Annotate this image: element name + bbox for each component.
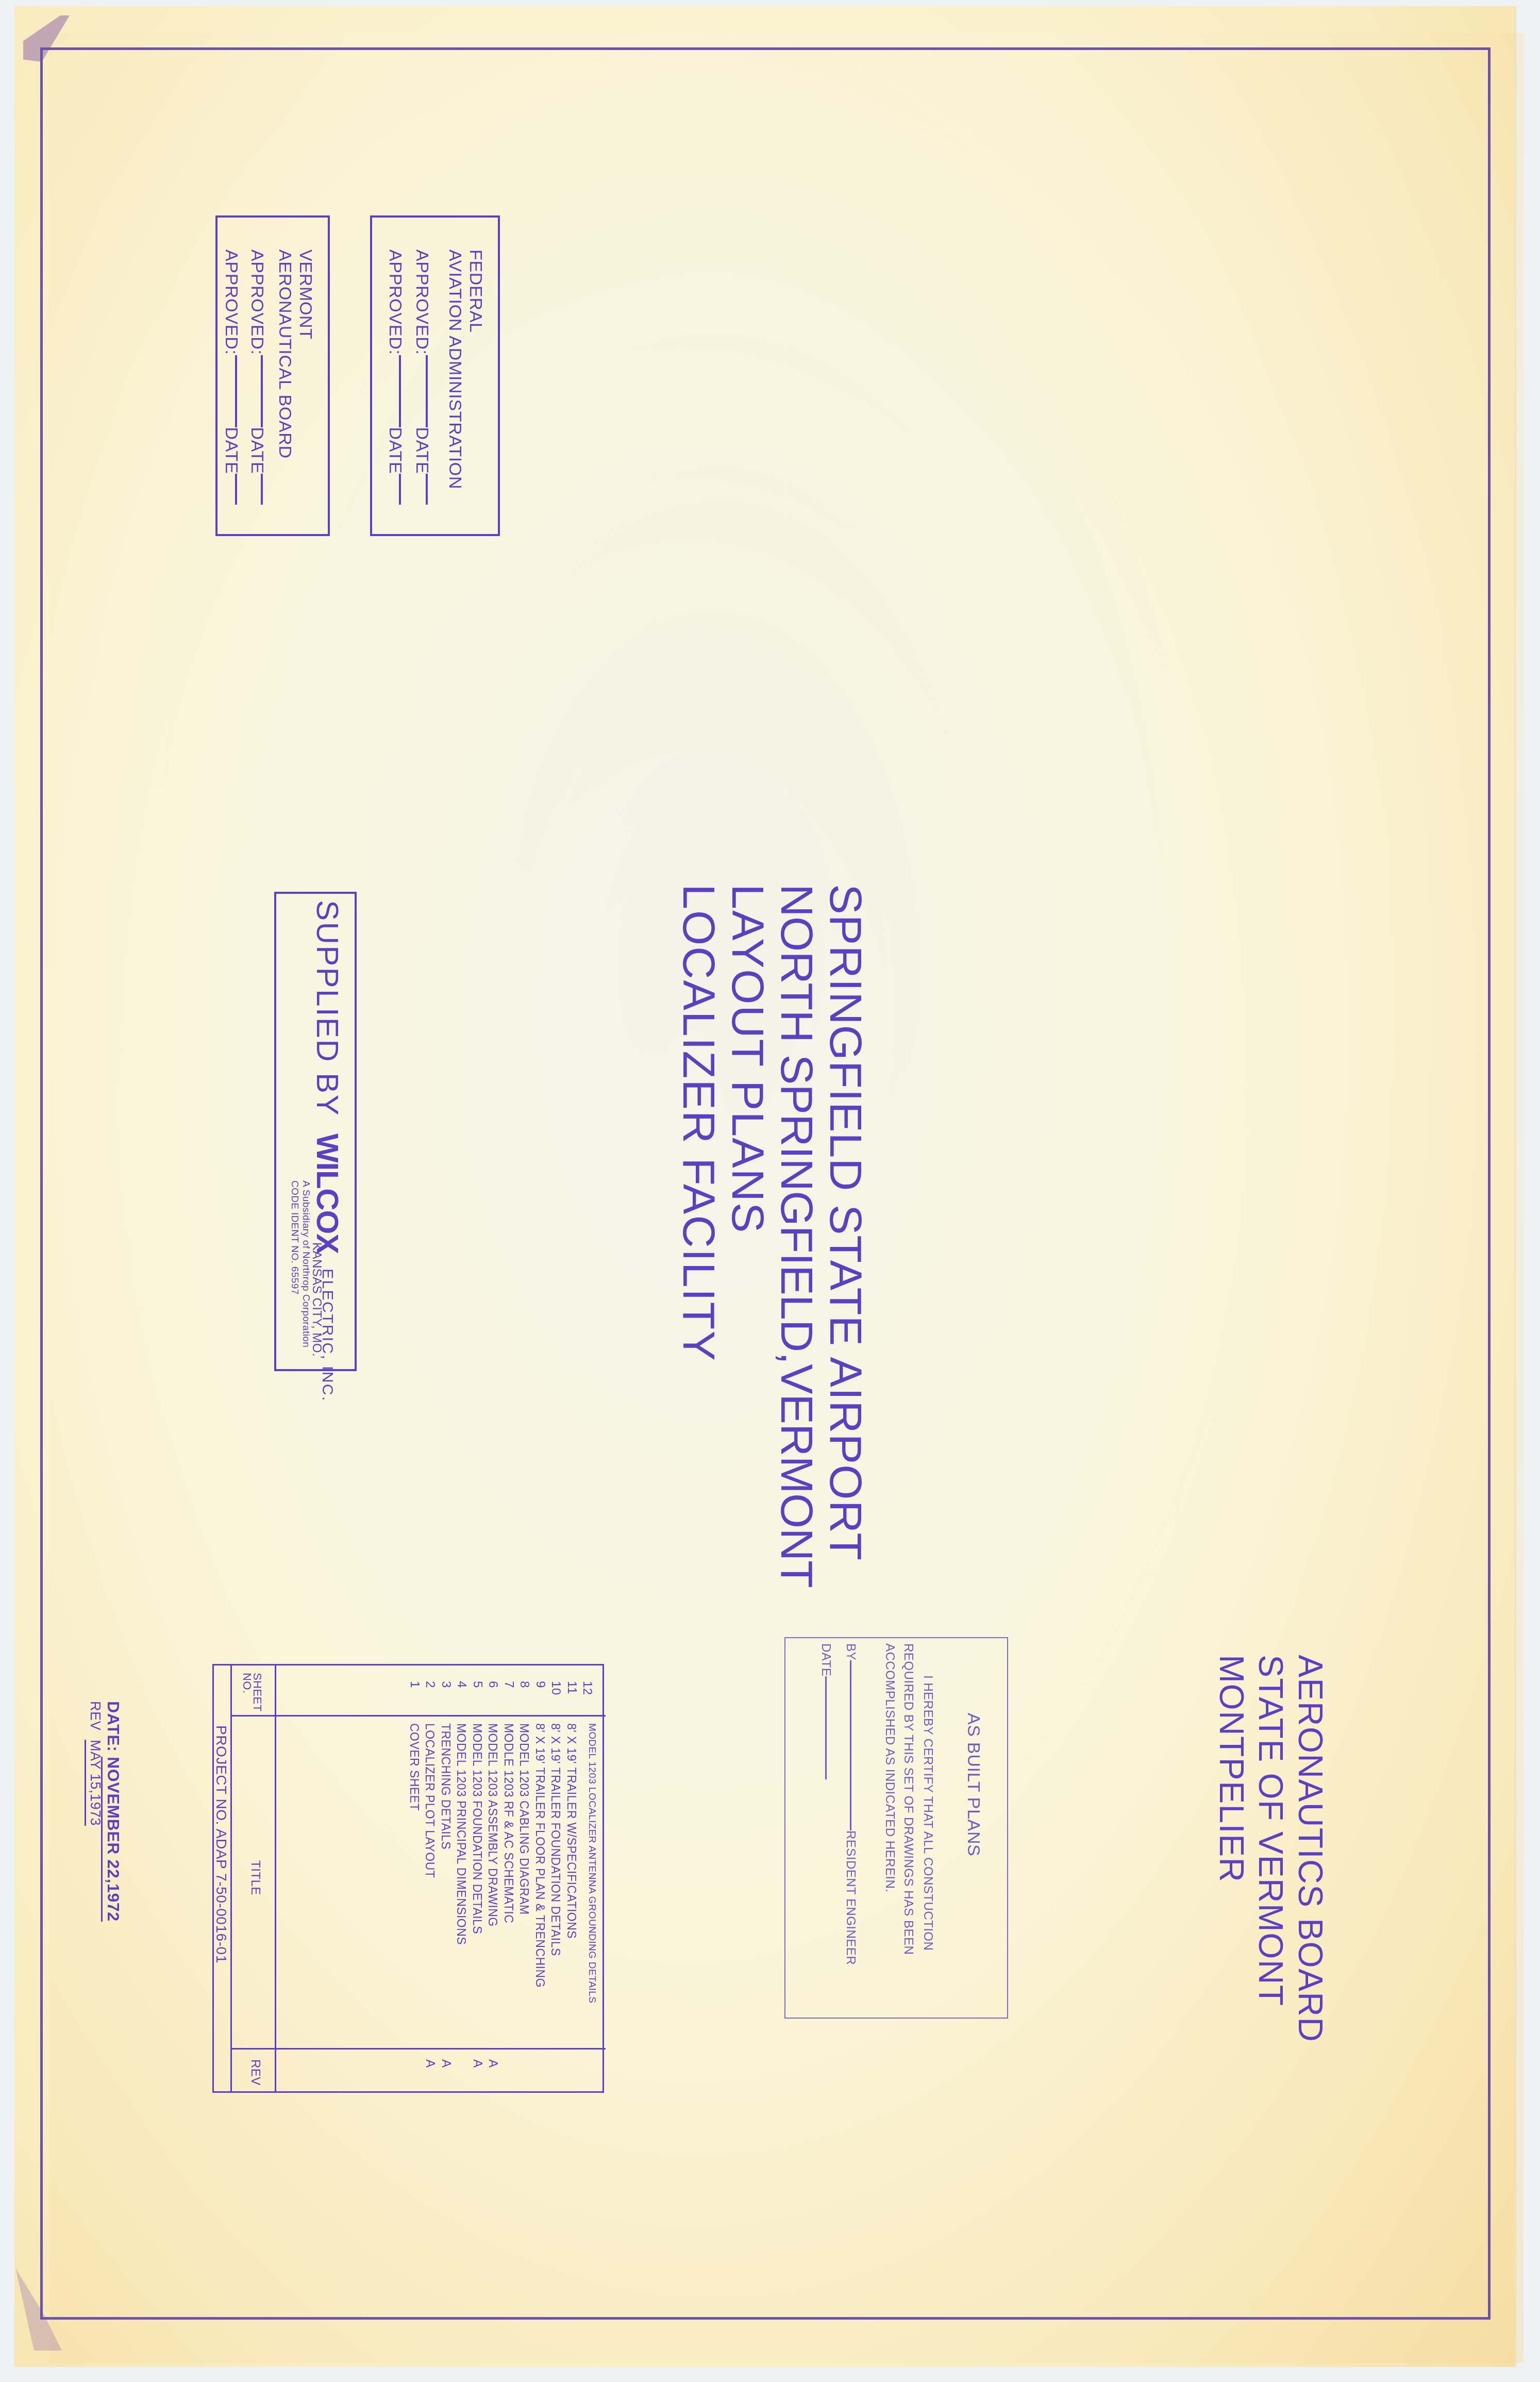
vermont-approval-box: VERMONT AERONAUTICAL BOARD APPROVED:DATE… <box>215 215 330 536</box>
header-sheet-no: SHEET NO. <box>240 1673 262 1709</box>
rev-column-divider <box>230 2048 606 2050</box>
sheet-number: 1 <box>407 1681 422 1688</box>
company-location: KANSAS CITY, MO. <box>309 1242 324 1357</box>
date-label: DATE: <box>104 1701 123 1752</box>
faa-org-line1: FEDERAL <box>465 249 486 333</box>
sheet-title: MODEL 1203 LOCALIZER ANTENNA GROUNDING D… <box>576 1723 596 2033</box>
sheet-number: 5 <box>470 1681 484 1688</box>
vermont-approval-row-1: APPROVED:DATE <box>247 249 268 505</box>
sheet-number: 2 <box>423 1681 437 1688</box>
approved-label: APPROVED: <box>412 249 432 355</box>
sheet-title: MODEL 1203 ASSEMBLY DRAWING <box>486 1723 499 1927</box>
approved-label: APPROVED: <box>386 249 405 355</box>
vermont-org-line2: AERONAUTICAL BOARD <box>275 249 295 459</box>
sheet-title: TRENCHING DETAILS <box>439 1723 453 1850</box>
approver-signature-line[interactable] <box>426 355 428 427</box>
code-ident: CODE IDENT NO. 65597 <box>289 1180 300 1295</box>
title-line-1: SPRINGFIELD STATE AIRPORT <box>819 884 872 1561</box>
subsidiary-note: A Subsidiary of Northrop Corporation <box>300 1180 311 1347</box>
project-number: PROJECT NO. ADAP 7-50-0016-01 <box>213 1725 229 1963</box>
sheet-title: 8' X 19' TRAILER W/SPECIFICATIONS <box>564 1723 578 1939</box>
sheet-number: 6 <box>486 1681 500 1688</box>
approver-signature-line[interactable] <box>399 355 401 427</box>
sheet-number: 7 <box>501 1681 516 1688</box>
supplied-by-label: SUPPLIED BY <box>310 900 345 1117</box>
certification-date-line[interactable] <box>825 1676 827 1779</box>
approver-signature-line[interactable] <box>261 355 263 427</box>
header-rev: REV <box>248 2059 262 2086</box>
sheet-number: 3 <box>439 1681 453 1688</box>
sheet-title: MODEL 1203 FOUNDATION DETAILS <box>470 1723 484 1934</box>
sheet-title: MODEL 1203 PRINCIPAL DIMENSIONS <box>454 1723 468 1945</box>
sheet-title: COVER SHEET <box>407 1723 421 1811</box>
faa-approval-row-2: APPROVED:DATE <box>385 249 406 505</box>
faa-org-line2: AVIATION ADMINISTRATION <box>445 249 465 489</box>
faa-approval-box: FEDERAL AVIATION ADMINISTRATION APPROVED… <box>370 215 500 536</box>
sheet-number: 8 <box>517 1681 531 1688</box>
sheet-number: 11 <box>564 1681 579 1694</box>
as-built-date-row: DATE <box>818 1643 833 1779</box>
date-line[interactable] <box>235 474 237 505</box>
sheet-rev: A <box>423 2059 437 2068</box>
sheet-rev: A <box>486 2059 500 2068</box>
sheetno-column-divider <box>230 1715 606 1717</box>
date-label: DATE <box>386 427 405 474</box>
wilcox-logo: WILCOX <box>310 1134 345 1254</box>
revision-date-value: MAY 15,1973 <box>85 1740 103 1826</box>
sheet-number: 9 <box>533 1681 547 1688</box>
date-label: DATE <box>222 427 241 474</box>
supplier-box: SUPPLIED BY WILCOX ELECTRIC, INC. KANSAS… <box>274 892 357 1371</box>
engineer-signature-line[interactable] <box>850 1660 851 1830</box>
date-line[interactable] <box>399 474 401 505</box>
as-built-statement-1: I HEREBY CERTIFY THAT ALL CONSTUCTION <box>920 1675 935 1951</box>
as-built-by-row: BYRESIDENT ENGINEER <box>843 1643 858 1965</box>
title-line-2: NORTH SPRINGFIELD,VERMONT <box>771 884 823 1588</box>
vermont-org-line1: VERMONT <box>295 249 315 340</box>
project-row-divider <box>230 1665 232 2091</box>
as-built-box: AS BUILT PLANS I HEREBY CERTIFY THAT ALL… <box>784 1637 1008 2019</box>
sheet-title: LOCALIZER PLOT LAYOUT <box>423 1723 437 1878</box>
sheet-index-table: PROJECT NO. ADAP 7-50-0016-01 SHEET NO. … <box>212 1664 604 2093</box>
sheet-number: 12 <box>580 1681 594 1695</box>
approver-signature-line[interactable] <box>235 355 237 427</box>
date-line[interactable] <box>426 474 428 505</box>
approved-label: APPROVED: <box>222 249 241 355</box>
issuer-line-1: AERONAUTICS BOARD <box>1291 1655 1330 2042</box>
issue-date: DATE: NOVEMBER 22,1972 <box>101 1701 123 1922</box>
header-title: TITLE <box>248 1860 262 1895</box>
sheet-title: 8' X 19' TRAILER FOUNDATION DETAILS <box>548 1723 562 1956</box>
sheet-number: 10 <box>548 1681 563 1695</box>
sheet-title: MODEL 1203 CABLING DIAGRAM <box>517 1723 531 1915</box>
as-built-statement-2: REQUIRED BY THIS SET OF DRAWINGS HAS BEE… <box>901 1643 915 1955</box>
issuer-line-2: STATE OF VERMONT <box>1251 1655 1291 2006</box>
sheet-title: MODLE 1203 RF & AC SCHEMATIC <box>501 1723 515 1923</box>
title-line-3: LAYOUT PLANS <box>722 884 774 1234</box>
as-built-statement-3: ACCOMPLISHED AS INDICATED HEREIN. <box>882 1643 897 1892</box>
date-label: DATE <box>247 427 267 474</box>
vermont-approval-row-2: APPROVED:DATE <box>221 249 242 505</box>
issue-date-value: NOVEMBER 22,1972 <box>101 1757 123 1922</box>
sheet-rev: A <box>439 2059 453 2068</box>
revision-date: REV MAY 15,1973 <box>85 1701 103 1826</box>
as-built-title: AS BUILT PLANS <box>963 1713 983 1856</box>
resident-engineer-label: RESIDENT ENGINEER <box>844 1830 858 1965</box>
title-line-4: LOCALIZER FACILITY <box>673 884 725 1362</box>
issuer-line-3: MONTPELIER <box>1212 1655 1251 1883</box>
faa-approval-row-1: APPROVED:DATE <box>412 249 433 505</box>
sheet-rev: A <box>470 2059 484 2068</box>
sheet-number: 4 <box>454 1681 468 1688</box>
date-line[interactable] <box>261 474 263 505</box>
date-label: DATE <box>819 1643 833 1676</box>
sheet-title: 8' X 19' TRAILER FLOOR PLAN & TRENCHING <box>533 1723 547 1988</box>
date-label: DATE <box>412 427 432 474</box>
approved-label: APPROVED: <box>247 249 267 355</box>
header-divider <box>275 1665 276 2091</box>
by-label: BY <box>844 1643 858 1660</box>
rev-label: REV <box>88 1701 103 1730</box>
